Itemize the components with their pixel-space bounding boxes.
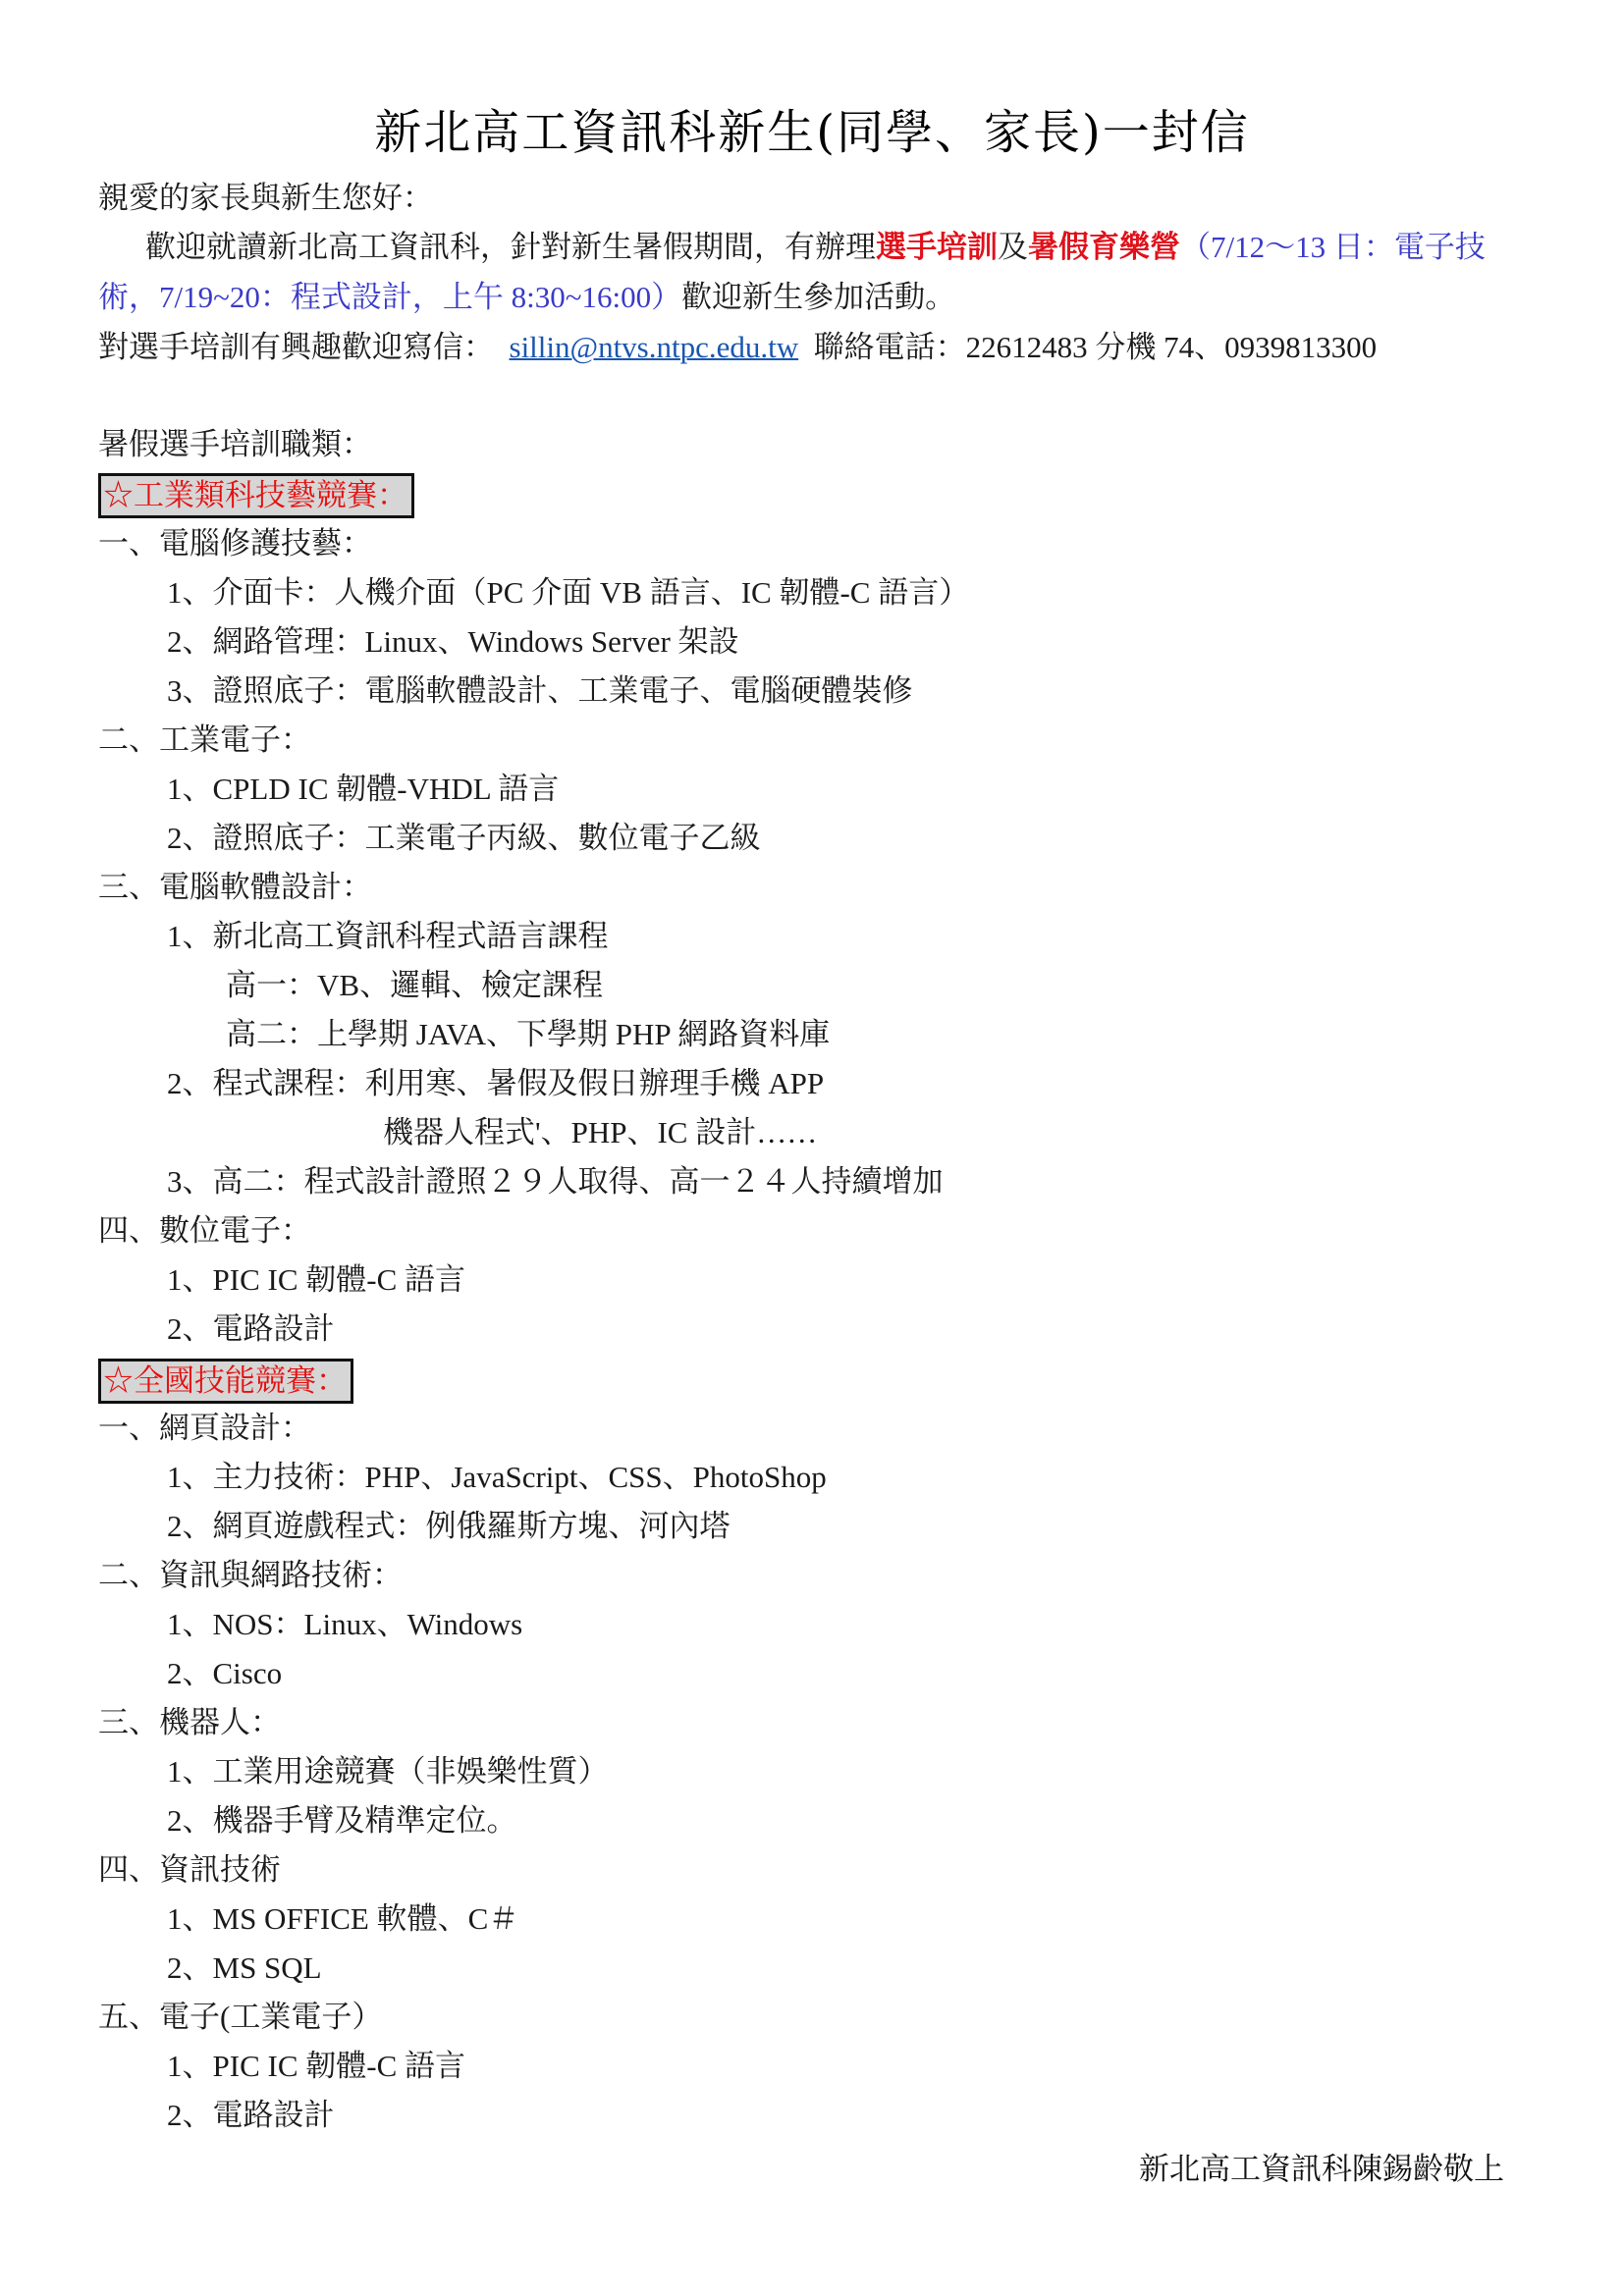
signature: 新北高工資訊科陳錫齡敬上: [1139, 2150, 1504, 2189]
group-heading: 二、工業電子：: [98, 721, 311, 760]
highlight-athlete-training: 選手培訓: [876, 230, 998, 264]
group-heading: 一、網頁設計：: [98, 1409, 311, 1448]
intro-text: 歡迎就讀新北高工資訊科，針對新生暑假期間，有辦理: [145, 230, 876, 264]
phone-info: 聯絡電話：22612483 分機 74、0939813300: [814, 330, 1378, 364]
list-item: 2、證照底子：工業電子丙級、數位電子乙級: [167, 819, 761, 858]
training-heading: 暑假選手培訓職類：: [98, 425, 372, 464]
list-item: 3、高二：程式設計證照２９人取得、高一２４人持續增加: [167, 1162, 944, 1201]
list-item: 1、主力技術：PHP、JavaScript、CSS、PhotoShop: [167, 1458, 827, 1497]
schedule-text-2: 術，7/19~20：程式設計，上午 8:30~16:00）: [98, 280, 681, 314]
contact-prefix: 對選手培訓有興趣歡迎寫信：: [98, 330, 494, 364]
list-item: 1、新北高工資訊科程式語言課程: [167, 917, 609, 956]
group-heading: 二、資訊與網路技術：: [98, 1556, 403, 1595]
list-item: 2、MS SQL: [167, 1949, 322, 1988]
section-title-national-skills: ☆全國技能競賽：: [98, 1359, 353, 1404]
list-item: 1、NOS：Linux、Windows: [167, 1605, 522, 1644]
intro-closing: 歡迎新生參加活動。: [681, 280, 955, 314]
group-heading: 五、電子(工業電子）: [98, 1998, 382, 2037]
schedule-text-1: （7/12～13 日：電子技: [1180, 230, 1486, 264]
list-item: 2、電路設計: [167, 1309, 335, 1349]
list-item: 1、介面卡：人機介面（PC 介面 VB 語言、IC 韌體-C 語言）: [167, 573, 969, 613]
group-heading: 四、資訊技術: [98, 1850, 281, 1890]
section-title-industrial-skills: ☆工業類科技藝競賽：: [98, 473, 414, 518]
list-item: 2、網頁遊戲程式：例俄羅斯方塊、河內塔: [167, 1507, 731, 1546]
group-heading: 三、電腦軟體設計：: [98, 868, 372, 907]
list-item: 2、機器手臂及精準定位。: [167, 1801, 517, 1841]
list-item: 2、網路管理：Linux、Windows Server 架設: [167, 622, 739, 662]
group-heading: 三、機器人：: [98, 1703, 281, 1742]
greeting: 親愛的家長與新生您好：: [98, 179, 433, 218]
intro-conjunction: 及: [998, 230, 1028, 264]
list-item: 1、PIC IC 韌體-C 語言: [167, 2047, 465, 2086]
list-subitem: 高二：上學期 JAVA、下學期 PHP 網路資料庫: [226, 1015, 830, 1054]
list-item: 2、程式課程：利用寒、暑假及假日辦理手機 APP: [167, 1064, 824, 1103]
list-subitem: 高一：VB、邏輯、檢定課程: [226, 966, 603, 1005]
contact-line: 對選手培訓有興趣歡迎寫信： sillin@ntvs.ntpc.edu.tw 聯絡…: [98, 328, 1377, 367]
email-link[interactable]: sillin@ntvs.ntpc.edu.tw: [510, 330, 799, 364]
group-heading: 一、電腦修護技藝：: [98, 524, 372, 563]
intro-paragraph-line2: 術，7/19~20：程式設計，上午 8:30~16:00）歡迎新生參加活動。: [98, 278, 955, 317]
list-item: 2、電路設計: [167, 2096, 335, 2135]
list-item: 1、PIC IC 韌體-C 語言: [167, 1260, 465, 1300]
list-item: 1、CPLD IC 韌體-VHDL 語言: [167, 770, 559, 809]
list-item: 3、證照底子：電腦軟體設計、工業電子、電腦硬體裝修: [167, 671, 913, 711]
list-item: 2、Cisco: [167, 1654, 282, 1693]
list-continuation: 機器人程式'、PHP、IC 設計……: [383, 1113, 817, 1152]
group-heading: 四、數位電子：: [98, 1211, 311, 1251]
page-title: 新北高工資訊科新生(同學、家長)一封信: [0, 94, 1624, 162]
highlight-summer-camp: 暑假育樂營: [1028, 230, 1180, 264]
intro-paragraph-line1: 歡迎就讀新北高工資訊科，針對新生暑假期間，有辦理選手培訓及暑假育樂營（7/12～…: [145, 228, 1486, 267]
document-page: 新北高工資訊科新生(同學、家長)一封信 親愛的家長與新生您好： 歡迎就讀新北高工…: [0, 0, 1624, 2296]
list-item: 1、工業用途競賽（非娛樂性質）: [167, 1752, 609, 1791]
list-item: 1、MS OFFICE 軟體、C＃: [167, 1899, 518, 1939]
